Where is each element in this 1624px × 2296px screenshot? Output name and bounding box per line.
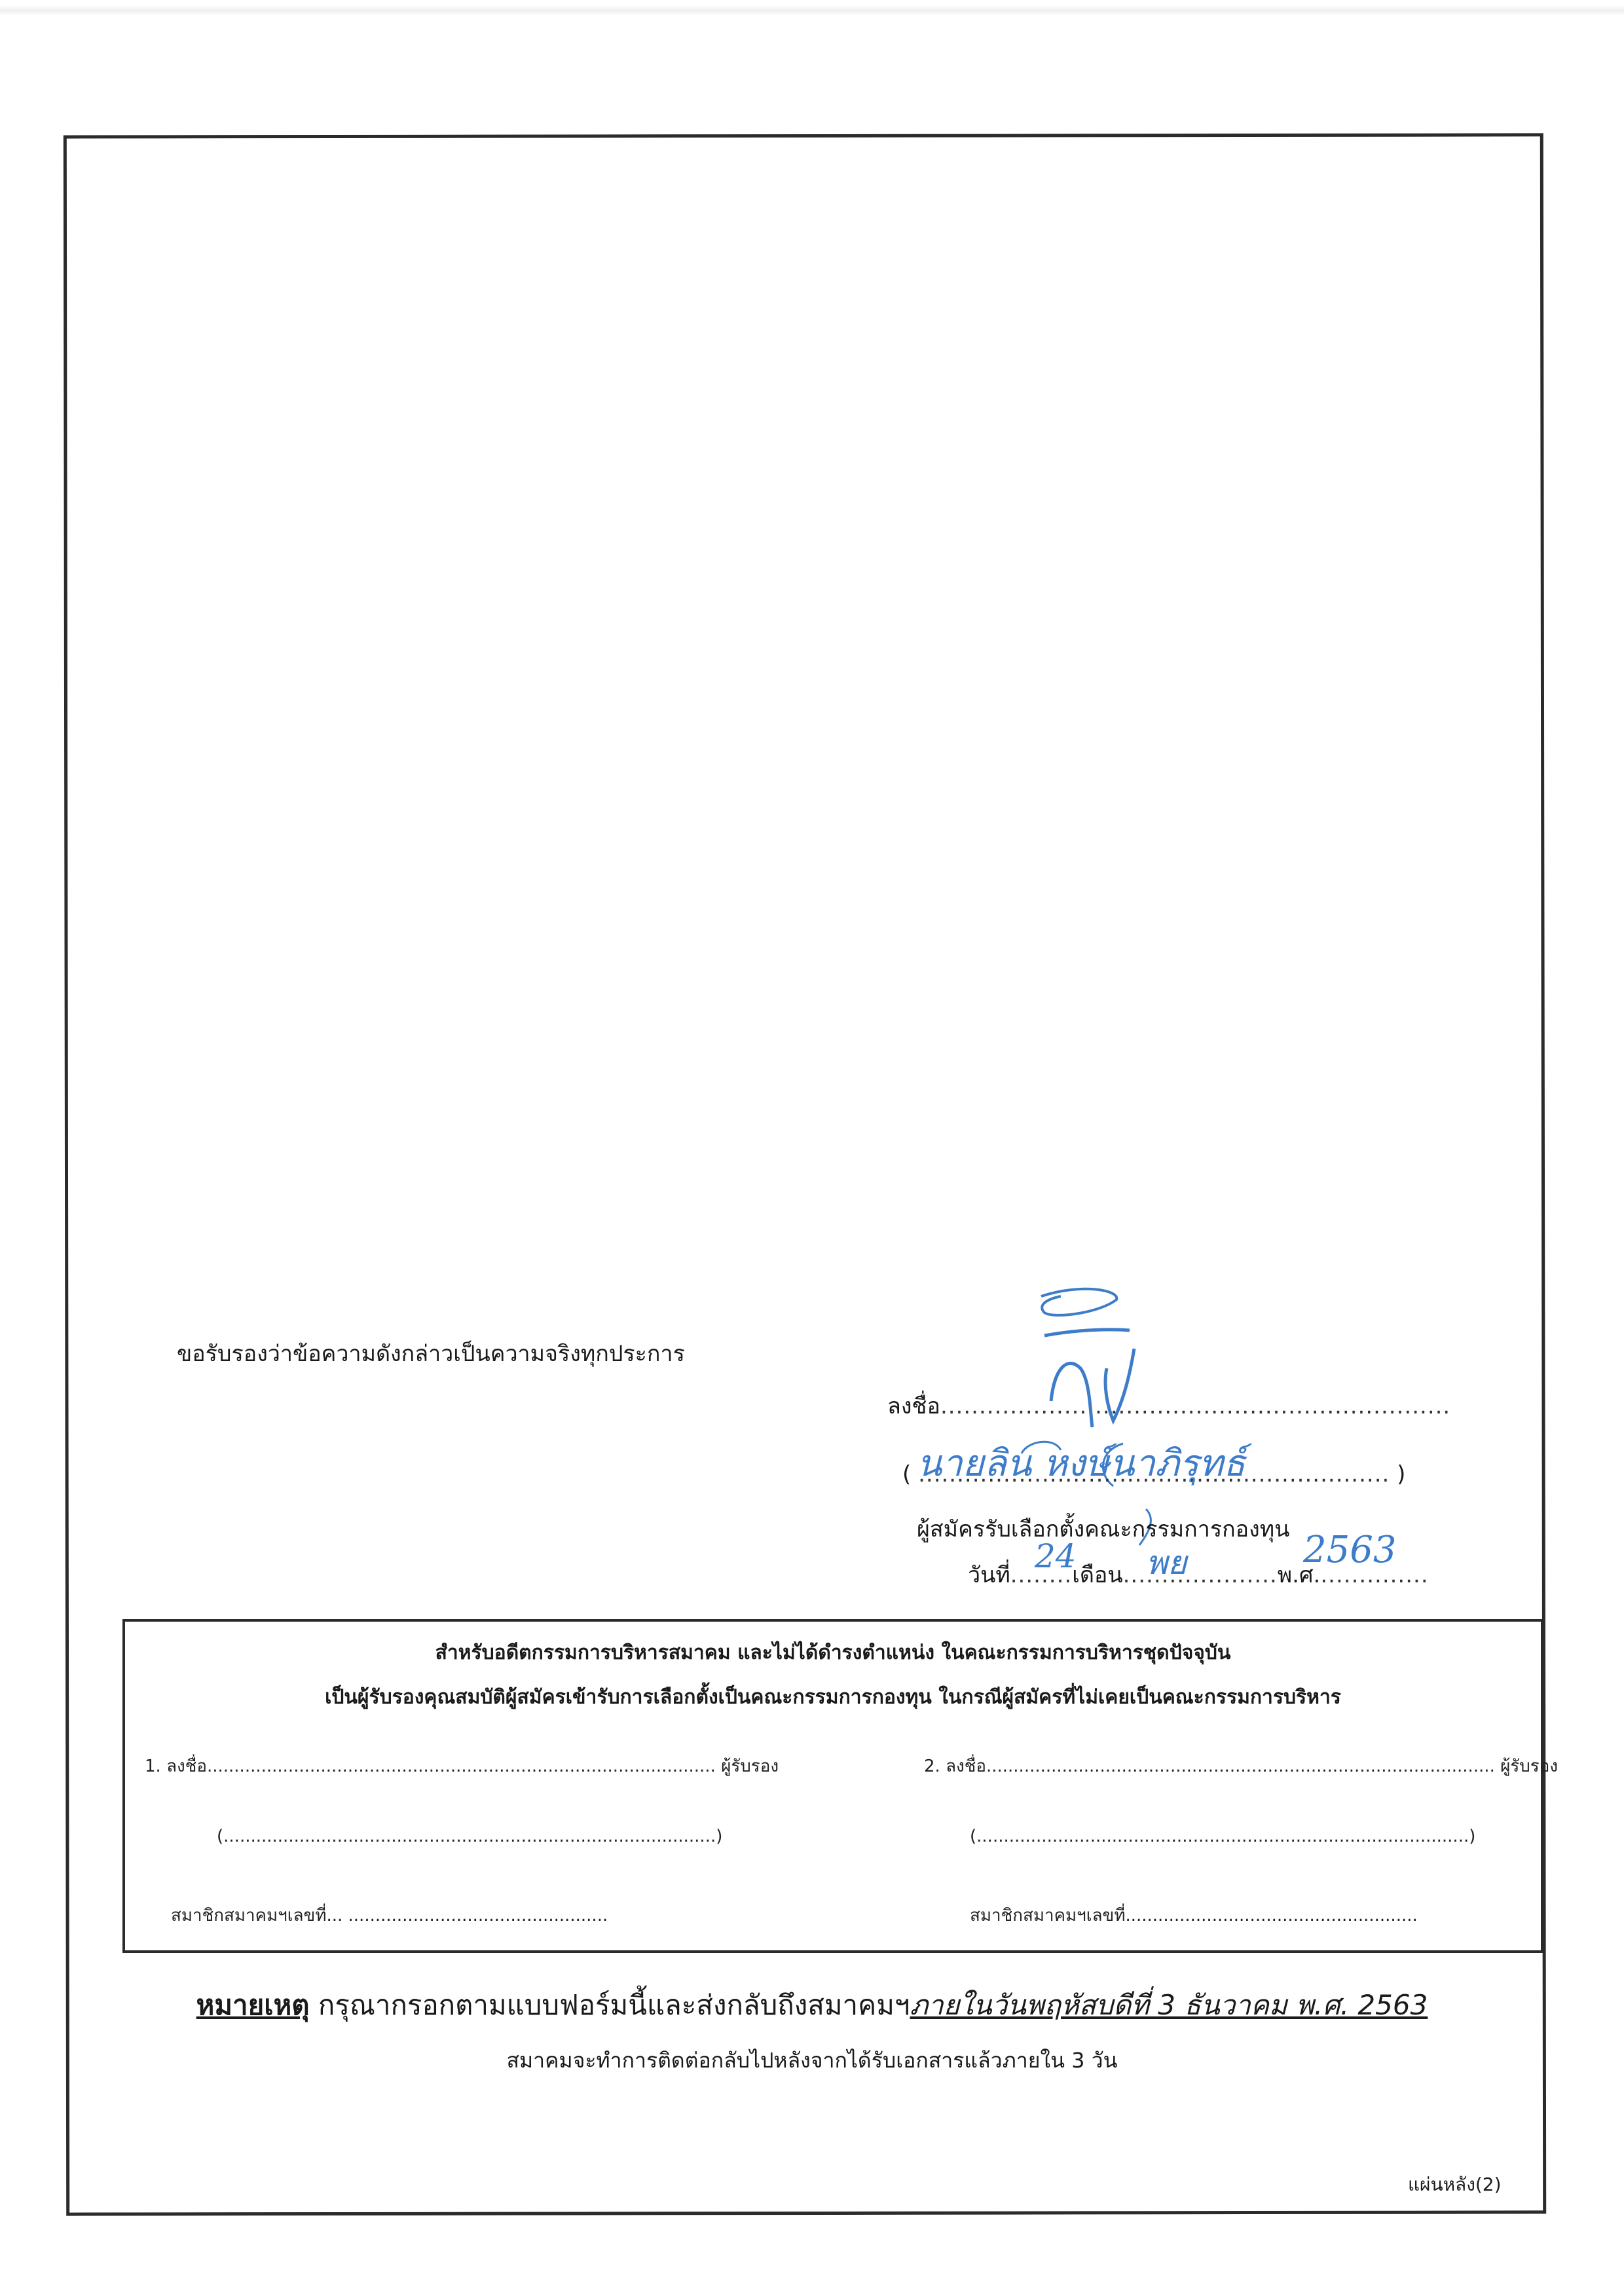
day-label: วันที่ <box>968 1562 1010 1588</box>
endorser-2-member-no-field[interactable]: สมาชิกสมาคมฯเลขที่......................… <box>970 1902 1418 1929</box>
endorsement-box: สำหรับอดีตกรรมการบริหารสมาคม และไม่ได้ดำ… <box>122 1619 1543 1953</box>
paren-open: ( <box>902 1461 911 1487</box>
handwritten-year: 2563 <box>1303 1529 1397 1571</box>
note-deadline: ภายในวันพฤหัสบดีที่ 3 ธันวาคม พ.ศ. 2563 <box>910 1989 1428 2021</box>
month-label: เดือน <box>1072 1562 1122 1588</box>
endorser-2-signature-field[interactable]: 2. ลงชื่อ...............................… <box>924 1753 1558 1779</box>
endorser-1-member-no-field[interactable]: สมาชิกสมาคมฯเลขที่... ..................… <box>171 1902 608 1929</box>
sign-label: ลงชื่อ <box>887 1393 940 1419</box>
page-label: แผ่นหลัง(2) <box>1408 2170 1502 2199</box>
endorser-1-name-field[interactable]: (.......................................… <box>217 1827 722 1846</box>
note-text: กรุณากรอกตามแบบฟอร์มนี้และส่งกลับถึงสมาค… <box>310 1989 910 2021</box>
handwritten-name: นายลิน หงษ์นาภิรุทธ์ <box>917 1434 1246 1492</box>
applicant-role: ผู้สมัครรับเลือกตั้งคณะกรรมการกองทุน <box>917 1511 1289 1546</box>
handwritten-month: พย <box>1146 1537 1187 1589</box>
endorsement-heading-1: สำหรับอดีตกรรมการบริหารสมาคม และไม่ได้ดำ… <box>125 1637 1541 1668</box>
endorser-2-name-field[interactable]: (.......................................… <box>970 1827 1475 1846</box>
paren-close: ) <box>1397 1461 1405 1487</box>
endorsement-heading-2: เป็นผู้รับรองคุณสมบัติผู้สมัครเข้ารับการ… <box>125 1682 1541 1713</box>
note-label: หมายเหตุ <box>196 1989 310 2021</box>
note: หมายเหตุ กรุณากรอกตามแบบฟอร์มนี้และส่งกล… <box>0 1984 1624 2027</box>
scan-edge-shadow <box>0 5 1624 16</box>
certification-statement: ขอรับรองว่าข้อความดังกล่าวเป็นความจริงทุ… <box>177 1336 685 1371</box>
handwritten-day: 24 <box>1035 1537 1077 1575</box>
handwritten-signature <box>982 1270 1257 1552</box>
contact-note: สมาคมจะทำการติดต่อกลับไปหลังจากได้รับเอก… <box>0 2044 1624 2077</box>
endorser-1-signature-field[interactable]: 1. ลงชื่อ...............................… <box>145 1753 779 1779</box>
